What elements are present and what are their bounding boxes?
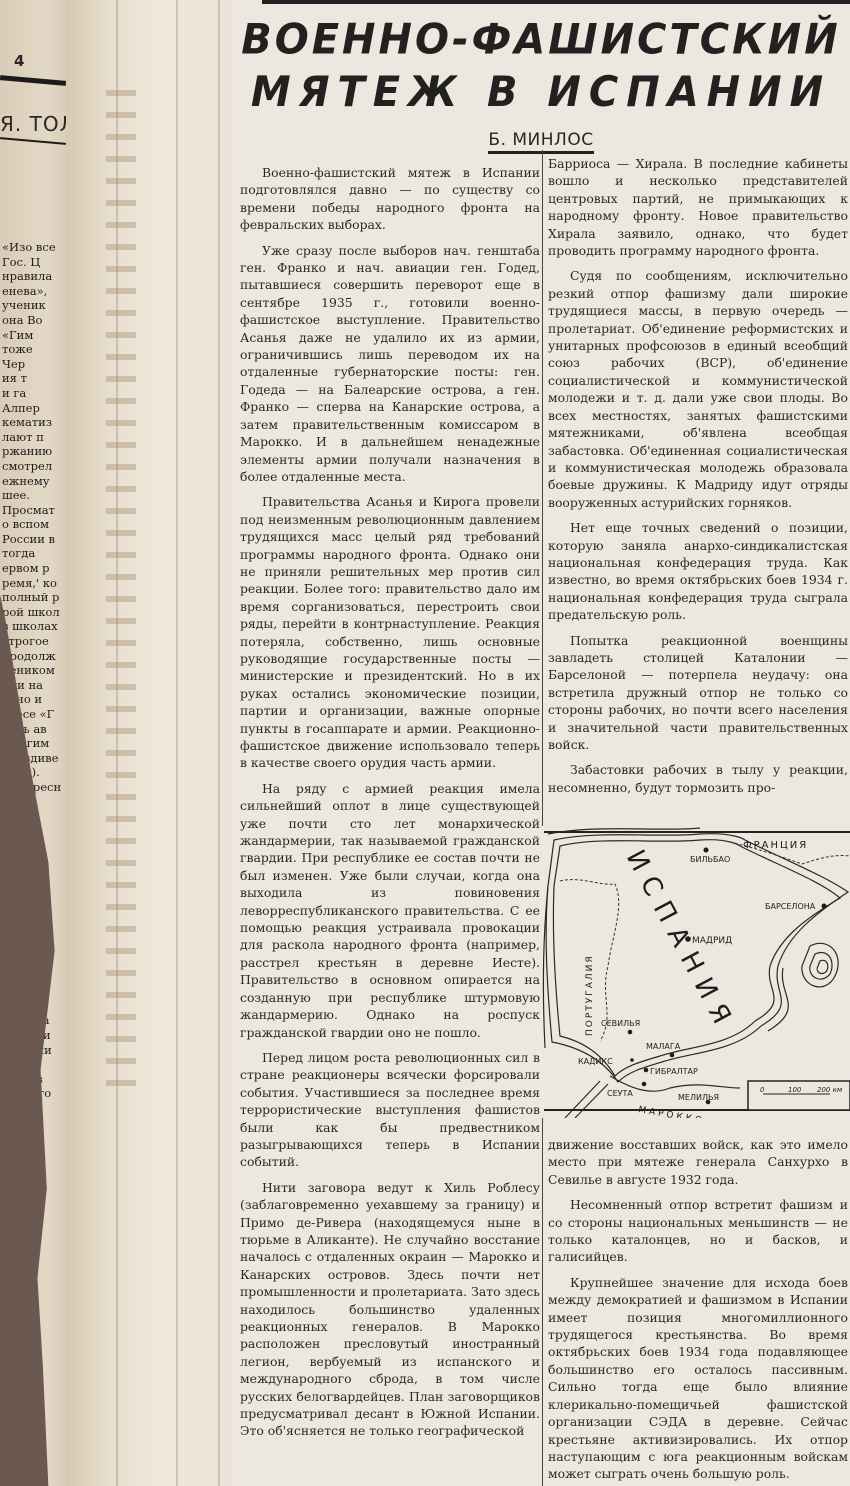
underlying-text-line: ремя,' ко (2, 576, 70, 591)
underlying-text-line: лают п (2, 430, 70, 445)
map-of-spain: БИЛЬБАО БАРСЕЛОНА МАДРИД СЕВИЛЬЯ МАЛАГА … (540, 826, 850, 1118)
article-page: ВОЕННО-ФАШИСТСКИЙ МЯТЕЖ В ИСПАНИИ Б. МИН… (232, 0, 850, 1486)
underlying-text-line: о вспом (2, 517, 70, 532)
underlying-text-line: полный р (2, 590, 70, 605)
underlying-text-line: ржанию (2, 444, 70, 459)
headline: ВОЕННО-ФАШИСТСКИЙ МЯТЕЖ В ИСПАНИИ (232, 14, 850, 119)
paragraph: Барриоса — Хирала. В последние кабинеты … (548, 155, 848, 259)
right-column-top: Барриоса — Хирала. В последние кабинеты … (548, 155, 848, 804)
paragraph: Нити заговора ведут к Хиль Роблесу (забл… (240, 1179, 540, 1440)
map-label-morocco: МАРОККО (637, 1105, 705, 1118)
map-label-ceuta: СЕУТА (607, 1089, 633, 1098)
left-column: Военно-фашистский мятеж в Испании подгот… (240, 164, 540, 1448)
underlying-header-fragment: Я. ТОЛ (0, 112, 76, 136)
underlying-header-rule (0, 75, 66, 86)
paper-fold (218, 0, 220, 1486)
map-label-portugal: ПОРТУГАЛИЯ (585, 954, 595, 1036)
underlying-text-line: рой школ (2, 605, 70, 620)
underlying-text-line: в школах (2, 619, 70, 634)
map-label-france: ФРАНЦИЯ (743, 840, 808, 851)
underlying-text-line: тоже (2, 342, 70, 357)
map-label-seville: СЕВИЛЬЯ (601, 1019, 640, 1028)
byline: Б. МИНЛОС (232, 130, 850, 150)
underlying-text-line: и га (2, 386, 70, 401)
scale-mid: 100 (788, 1086, 802, 1094)
column-divider (542, 150, 543, 1486)
headline-line-1: ВОЕННО-ФАШИСТСКИЙ (232, 14, 850, 66)
paragraph: Судя по сообщениям, исключительно резкий… (548, 267, 848, 511)
underlying-text-line: ученик (2, 298, 70, 313)
map-label-cadiz: КАДИКС (578, 1057, 613, 1066)
underlying-header-rule-lower (0, 137, 66, 145)
underlying-text-line: кематиз (2, 415, 70, 430)
paragraph: Уже сразу после выборов нач. генштаба ге… (240, 242, 540, 486)
author-name: Б. МИНЛОС (488, 130, 593, 154)
map-label-gibraltar: ГИБРАЛТАР (650, 1067, 698, 1076)
yellowed-margin (66, 0, 246, 1486)
paragraph: Перед лицом роста революционных сил в ст… (240, 1049, 540, 1171)
map-illustration: БИЛЬБАО БАРСЕЛОНА МАДРИД СЕВИЛЬЯ МАЛАГА … (540, 826, 850, 1118)
underlying-text-line: енева», (2, 284, 70, 299)
underlying-text-line: «Изо все (2, 240, 70, 255)
paragraph: На ряду с армией реакция имела сильнейши… (240, 780, 540, 1041)
underlying-text-line: шее. (2, 488, 70, 503)
underlying-text-line: ия т (2, 371, 70, 386)
underlying-text-line: ежнему (2, 474, 70, 489)
right-column-bottom: движение восставших войск, как это имело… (548, 1136, 848, 1486)
map-label-barcelona: БАРСЕЛОНА (765, 902, 816, 911)
underlying-text-line: ервом р (2, 561, 70, 576)
paper-fold (176, 0, 178, 1486)
underlying-text-line: тогда (2, 546, 70, 561)
underlying-text-line: строгое (2, 634, 70, 649)
map-label-bilbao: БИЛЬБАО (690, 855, 730, 864)
underlying-text-line: Просмат (2, 503, 70, 518)
underlying-text-line: смотрел (2, 459, 70, 474)
paragraph: Правительства Асанья и Кирога провели по… (240, 493, 540, 772)
paragraph: Нет еще точных сведений о позиции, котор… (548, 519, 848, 623)
underlying-text-line: России в (2, 532, 70, 547)
paragraph: Несомненный отпор встретит фашизм и со с… (548, 1196, 848, 1266)
scale-end: 200 км (817, 1086, 843, 1094)
paragraph: Крупнейшее значение для исхода боев межд… (548, 1274, 848, 1483)
paragraph: Попытка реакционной военщины завладеть с… (548, 632, 848, 754)
map-label-malaga: МАЛАГА (646, 1042, 681, 1051)
torn-edge (106, 90, 136, 1090)
underlying-text-line: она Во (2, 313, 70, 328)
underlying-text-line: Алпер (2, 401, 70, 416)
underlying-text-line: нравила (2, 269, 70, 284)
underlying-text-line: «Гим (2, 328, 70, 343)
underlying-text-line: Гос. Ц (2, 255, 70, 270)
paragraph: движение восставших войск, как это имело… (548, 1136, 848, 1188)
underlying-page-number: 4 (14, 52, 24, 70)
underlying-text-line: Чер (2, 357, 70, 372)
paragraph: Военно-фашистский мятеж в Испании подгот… (240, 164, 540, 234)
paragraph: Забастовки рабочих в тылу у реакции, нес… (548, 761, 848, 796)
scale-zero: 0 (760, 1086, 765, 1094)
headline-line-2: МЯТЕЖ В ИСПАНИИ (232, 66, 850, 119)
top-rule (262, 0, 850, 4)
map-label-melilla: МЕЛИЛЬЯ (678, 1093, 719, 1102)
